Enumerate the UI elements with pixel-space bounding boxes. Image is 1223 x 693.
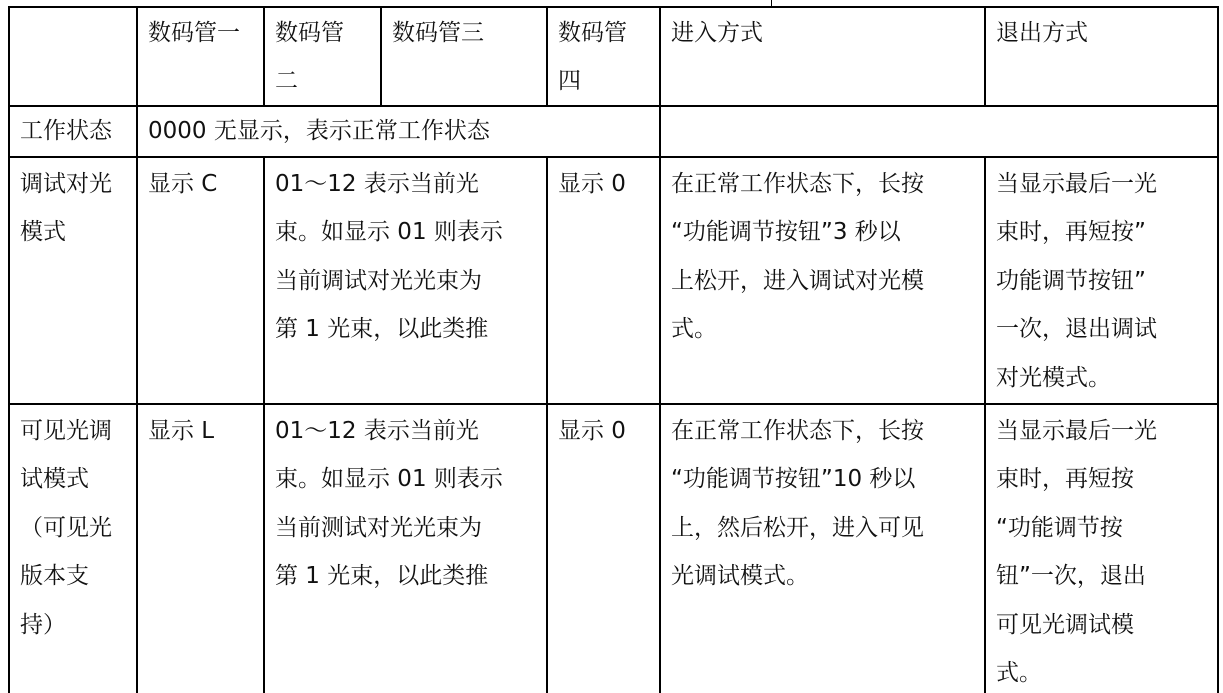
header-digit-2: 数码管 二 <box>264 7 381 106</box>
digit-tube-mode-table: 数码管一 数码管 二 数码管三 数码管 四 进入方式 退出方式 工作状态 000… <box>8 6 1219 693</box>
row-label-working-state: 工作状态 <box>9 106 137 157</box>
header-exit-method: 退出方式 <box>985 7 1218 106</box>
debug-digit-1-cell: 显示 C <box>137 157 264 404</box>
visible-enter-method-cell: 在正常工作状态下，长按 “功能调节按钮”10 秒以 上，然后松开，进入可见 光调… <box>660 404 985 693</box>
header-digit-1: 数码管一 <box>137 7 264 106</box>
table-row-working-state: 工作状态 0000 无显示，表示正常工作状态 <box>9 106 1218 157</box>
visible-digit-1-cell: 显示 L <box>137 404 264 693</box>
debug-exit-method-cell: 当显示最后一光 束时，再短按” 功能调节按钮” 一次，退出调试 对光模式。 <box>985 157 1218 404</box>
table-row-debug-alignment-mode: 调试对光 模式 显示 C 01～12 表示当前光 束。如显示 01 则表示 当前… <box>9 157 1218 404</box>
visible-digit-4-cell: 显示 0 <box>547 404 660 693</box>
working-state-method-cell <box>660 106 1218 157</box>
visible-exit-method-cell: 当显示最后一光 束时，再短按 “功能调节按 钮”一次，退出 可见光调试模 式。 <box>985 404 1218 693</box>
header-enter-method: 进入方式 <box>660 7 985 106</box>
header-row: 数码管一 数码管 二 数码管三 数码管 四 进入方式 退出方式 <box>9 7 1218 106</box>
debug-enter-method-cell: 在正常工作状态下，长按 “功能调节按钮”3 秒以 上松开，进入调试对光模 式。 <box>660 157 985 404</box>
visible-digit-2-3-cell: 01～12 表示当前光 束。如显示 01 则表示 当前测试对光光束为 第 1 光… <box>264 404 547 693</box>
header-corner-cell <box>9 7 137 106</box>
debug-digit-4-cell: 显示 0 <box>547 157 660 404</box>
header-digit-4: 数码管 四 <box>547 7 660 106</box>
working-state-display-cell: 0000 无显示，表示正常工作状态 <box>137 106 660 157</box>
debug-digit-2-3-cell: 01～12 表示当前光 束。如显示 01 则表示 当前调试对光光束为 第 1 光… <box>264 157 547 404</box>
header-digit-3: 数码管三 <box>381 7 547 106</box>
row-label-debug-alignment: 调试对光 模式 <box>9 157 137 404</box>
row-label-visible-light-debug: 可见光调 试模式 （可见光 版本支 持） <box>9 404 137 693</box>
table-row-visible-light-debug-mode: 可见光调 试模式 （可见光 版本支 持） 显示 L 01～12 表示当前光 束。… <box>9 404 1218 693</box>
